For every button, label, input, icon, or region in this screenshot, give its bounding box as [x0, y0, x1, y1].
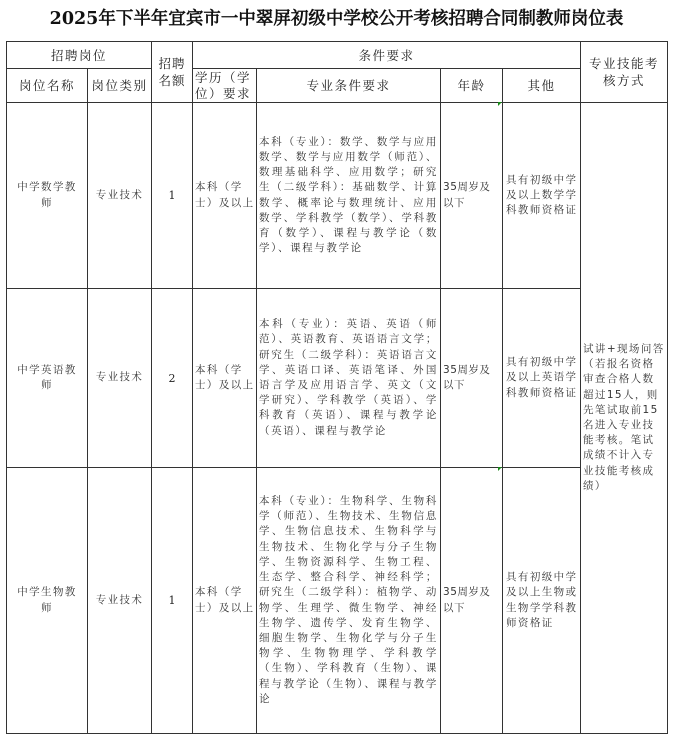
header-position-type: 岗位类别 — [88, 69, 152, 103]
major-cell: 本科（专业）：数学、数学与应用数学、数学与应用数学（师范）、数理基础科学、应用数… — [257, 103, 441, 289]
position-type-cell: 专业技术 — [88, 468, 152, 734]
position-type-cell: 专业技术 — [88, 289, 152, 468]
header-assessment: 专业技能考核方式 — [581, 42, 668, 103]
header-position-group: 招聘岗位 — [7, 42, 152, 69]
table-row-math: 中学数学教师 专业技术 1 本科（学士）及以上 本科（专业）：数学、数学与应用数… — [7, 103, 668, 289]
recruitment-table: 招聘岗位 招聘名额 条件要求 专业技能考核方式 岗位名称 岗位类别 学历（学位）… — [6, 41, 668, 734]
education-cell: 本科（学士）及以上 — [193, 468, 257, 734]
cell-comment-marker — [498, 467, 502, 471]
page-title: 2025年下半年宜宾市一中翠屏初级中学校公开考核招聘合同制教师岗位表 — [0, 6, 673, 32]
education-cell: 本科（学士）及以上 — [193, 103, 257, 289]
position-name-cell: 中学数学教师 — [7, 103, 88, 289]
major-cell: 本科（专业）：生物科学、生物科学（师范）、生物技术、生物信息学、生物信息技术、生… — [257, 468, 441, 734]
age-cell: 35周岁及以下 — [441, 289, 503, 468]
cell-comment-marker — [498, 102, 502, 106]
other-cell: 具有初级中学及以上数学学科教师资格证 — [503, 103, 581, 289]
position-name-cell: 中学生物教师 — [7, 468, 88, 734]
quota-cell: 1 — [152, 103, 193, 289]
header-major: 专业条件要求 — [257, 69, 441, 103]
table-row-english: 中学英语教师 专业技术 2 本科（学士）及以上 本科（专业）：英语、英语（师范）… — [7, 289, 668, 468]
header-education: 学历（学位）要求 — [193, 69, 257, 103]
education-cell: 本科（学士）及以上 — [193, 289, 257, 468]
header-other: 其他 — [503, 69, 581, 103]
header-position-name: 岗位名称 — [7, 69, 88, 103]
major-cell: 本科（专业）：英语、英语（师范）、英语教育、英语语言文学；研究生（二级学科）：英… — [257, 289, 441, 468]
header-quota: 招聘名额 — [152, 42, 193, 103]
table-row-biology: 中学生物教师 专业技术 1 本科（学士）及以上 本科（专业）：生物科学、生物科学… — [7, 468, 668, 734]
age-cell: 35周岁及以下 — [441, 103, 503, 289]
age-cell: 35周岁及以下 — [441, 468, 503, 734]
quota-cell: 1 — [152, 468, 193, 734]
assessment-cell: 试讲+现场问答（若报名资格审查合格人数超过15人，则先笔试取前15名进入专业技能… — [581, 103, 668, 734]
header-age: 年龄 — [441, 69, 503, 103]
position-type-cell: 专业技术 — [88, 103, 152, 289]
header-conditions-group: 条件要求 — [193, 42, 581, 69]
position-name-cell: 中学英语教师 — [7, 289, 88, 468]
other-cell: 具有初级中学及以上生物或生物学学科教师资格证 — [503, 468, 581, 734]
quota-cell: 2 — [152, 289, 193, 468]
other-cell: 具有初级中学及以上英语学科教师资格证 — [503, 289, 581, 468]
